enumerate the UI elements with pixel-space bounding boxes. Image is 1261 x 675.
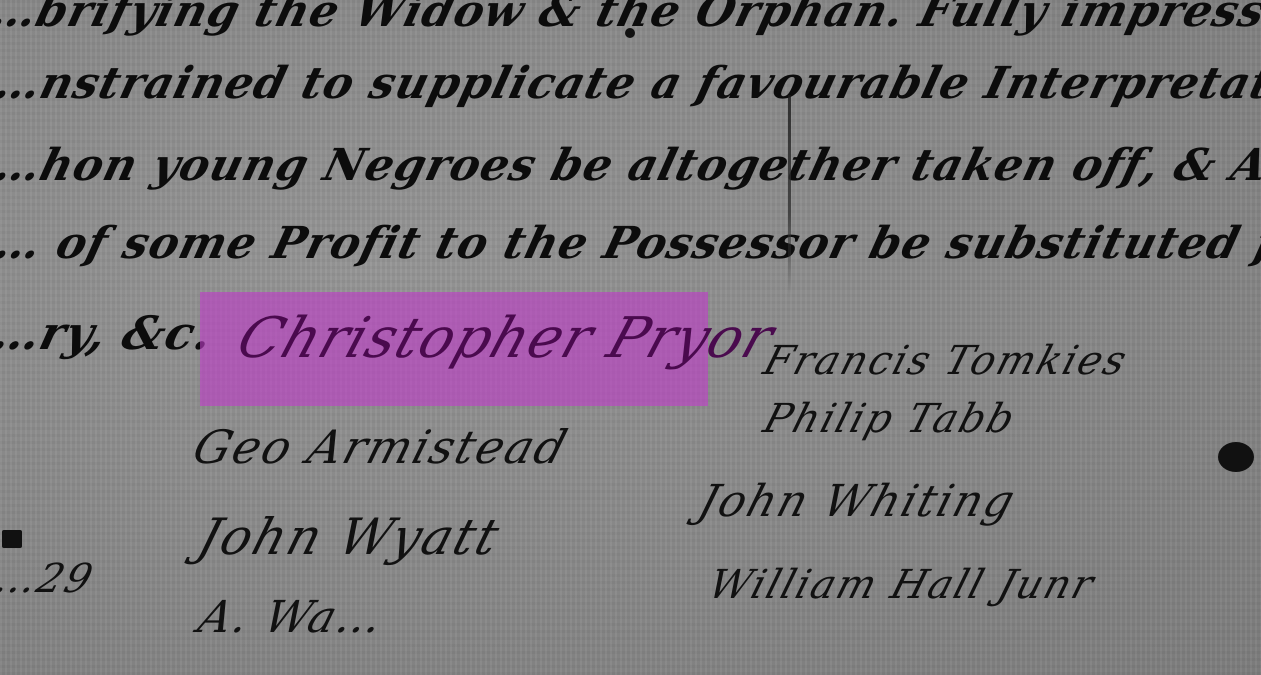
text-line-2: …nstrained to supplicate a favourable In… <box>0 58 1261 109</box>
signature-highlight-box[interactable]: Christopher Pryor <box>200 292 708 406</box>
text-line-4: … of some Profit to the Possessor be sub… <box>0 218 1261 269</box>
text-line-5: …ry, &c. <box>0 306 219 360</box>
signature-a-wa: A. Wa… <box>193 592 391 643</box>
signature-william-hall: William Hall Junr <box>703 562 1100 608</box>
paper-fold-line <box>788 95 791 295</box>
ink-blot <box>2 530 22 548</box>
text-line-3: …hon young Negroes be altogether taken o… <box>0 140 1261 191</box>
margin-fragment: …29 <box>0 556 100 602</box>
ink-blot <box>1218 442 1254 472</box>
signature-john-whiting: John Whiting <box>693 476 1022 527</box>
signature-john-wyatt: John Wyatt <box>192 508 508 566</box>
signature-philip-tabb: Philip Tabb <box>758 396 1021 442</box>
highlighted-signature-christopher-pryor: Christopher Pryor <box>229 306 782 371</box>
ink-blot <box>625 28 635 38</box>
signature-francis-tomkies: Francis Tomkies <box>758 338 1133 384</box>
signature-geo-armistead: Geo Armistead <box>187 420 574 474</box>
document-page: …brifying the Widow & the Orphan. Fully … <box>0 0 1261 675</box>
